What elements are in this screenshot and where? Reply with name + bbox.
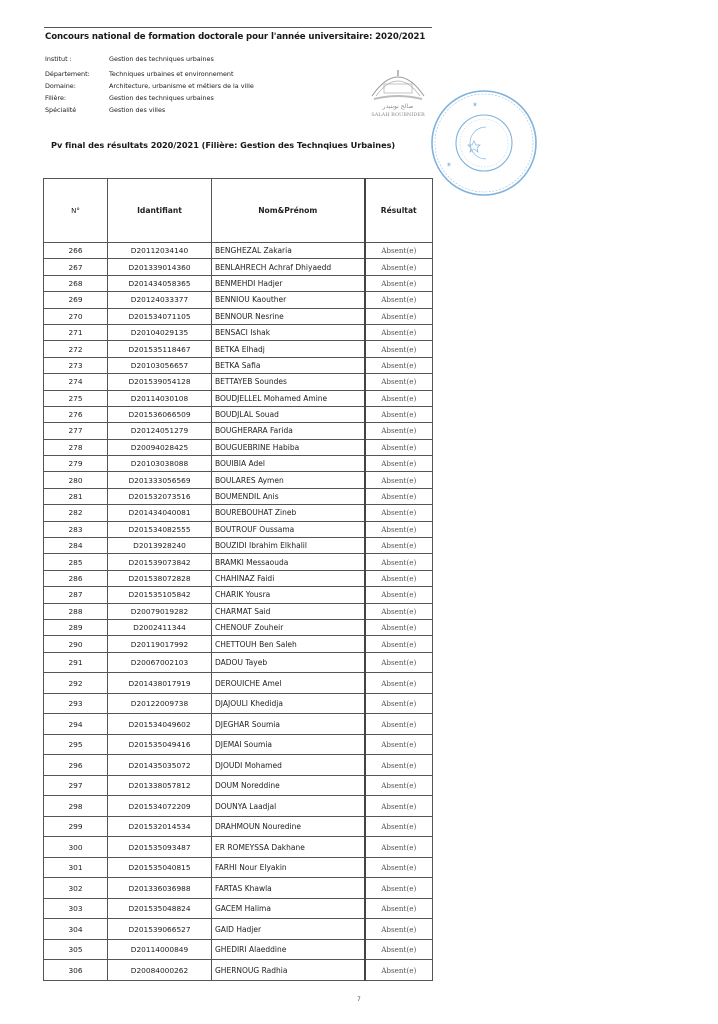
row-identifiant: D201333056569 [108, 472, 212, 488]
row-number: 304 [44, 919, 108, 940]
meta-domaine: Domaine: Architecture, urbanisme et méti… [45, 80, 254, 92]
row-result: Absent(e) [365, 390, 433, 406]
row-result: Absent(e) [365, 775, 433, 796]
row-name: FARHI Nour Elyakin [212, 857, 365, 878]
row-name: BOUZIDI Ibrahim Elkhalil [212, 538, 365, 554]
row-result: Absent(e) [365, 898, 433, 919]
row-result: Absent(e) [365, 521, 433, 537]
row-identifiant: D201534072209 [108, 796, 212, 817]
row-name: BOUTROUF Oussama [212, 521, 365, 537]
row-name: BETKA Elhadj [212, 341, 365, 357]
table-row: 303D201535048824GACEM HalimaAbsent(e) [44, 898, 433, 919]
row-result: Absent(e) [365, 308, 433, 324]
meta-value: Gestion des techniques urbaines [109, 92, 214, 104]
table-row: 299D201532014534DRAHMOUN NouredineAbsent… [44, 816, 433, 837]
table-row: 292D201438017919DEROUICHE AmelAbsent(e) [44, 673, 433, 694]
table-row: 281D201532073516BOUMENDIL AnisAbsent(e) [44, 488, 433, 504]
official-stamp-icon: ✶ ✶ [428, 87, 540, 199]
row-number: 277 [44, 423, 108, 439]
table-row: 274D201539054128BETTAYEB SoundesAbsent(e… [44, 374, 433, 390]
row-identifiant: D201534049602 [108, 714, 212, 735]
row-identifiant: D201535118467 [108, 341, 212, 357]
row-identifiant: D201339014360 [108, 259, 212, 275]
row-result: Absent(e) [365, 878, 433, 899]
row-identifiant: D20124051279 [108, 423, 212, 439]
row-name: GHEDIRI Alaeddine [212, 939, 365, 960]
row-name: CHENOUF Zouheir [212, 619, 365, 635]
row-result: Absent(e) [365, 587, 433, 603]
row-number: 301 [44, 857, 108, 878]
meta-label: Spécialité [45, 104, 109, 116]
row-name: DEROUICHE Amel [212, 673, 365, 694]
row-result: Absent(e) [365, 796, 433, 817]
row-result: Absent(e) [365, 505, 433, 521]
row-identifiant: D2002411344 [108, 619, 212, 635]
row-identifiant: D201535093487 [108, 837, 212, 858]
row-number: 291 [44, 652, 108, 673]
results-table: N° Idantifiant Nom&Prénom Résultat 266D2… [43, 178, 433, 981]
row-number: 280 [44, 472, 108, 488]
row-name: DOUNYA Laadjal [212, 796, 365, 817]
row-name: CHARMAT Said [212, 603, 365, 619]
row-number: 294 [44, 714, 108, 735]
row-identifiant: D201532014534 [108, 816, 212, 837]
row-number: 269 [44, 292, 108, 308]
row-number: 290 [44, 636, 108, 652]
row-number: 285 [44, 554, 108, 570]
row-result: Absent(e) [365, 603, 433, 619]
table-row: 300D201535093487ER ROMEYSSA DakhaneAbsen… [44, 837, 433, 858]
row-number: 286 [44, 570, 108, 586]
row-name: BENMEHDI Hadjer [212, 275, 365, 291]
row-number: 274 [44, 374, 108, 390]
row-identifiant: D201536066509 [108, 406, 212, 422]
row-name: DADOU Tayeb [212, 652, 365, 673]
row-identifiant: D201338057812 [108, 775, 212, 796]
row-result: Absent(e) [365, 857, 433, 878]
row-identifiant: D20094028425 [108, 439, 212, 455]
row-name: BETTAYEB Soundes [212, 374, 365, 390]
meta-label: Département: [45, 68, 109, 80]
row-identifiant: D20084000262 [108, 960, 212, 981]
table-row: 291D20067002103DADOU TayebAbsent(e) [44, 652, 433, 673]
row-result: Absent(e) [365, 673, 433, 694]
row-identifiant: D20079019282 [108, 603, 212, 619]
svg-text:SALAH BOUBNIDER: SALAH BOUBNIDER [371, 112, 425, 118]
table-row: 305D20114000849GHEDIRI AlaeddineAbsent(e… [44, 939, 433, 960]
row-number: 288 [44, 603, 108, 619]
row-identifiant: D20112034140 [108, 243, 212, 259]
row-number: 303 [44, 898, 108, 919]
row-name: ER ROMEYSSA Dakhane [212, 837, 365, 858]
row-identifiant: D201435035072 [108, 755, 212, 776]
row-identifiant: D20114030108 [108, 390, 212, 406]
row-number: 271 [44, 324, 108, 340]
row-name: GAID Hadjer [212, 919, 365, 940]
row-identifiant: D20067002103 [108, 652, 212, 673]
row-number: 268 [44, 275, 108, 291]
row-number: 293 [44, 693, 108, 714]
table-row: 295D201535049416DJEMAI SoumiaAbsent(e) [44, 734, 433, 755]
row-result: Absent(e) [365, 456, 433, 472]
row-name: BENGHEZAL Zakaria [212, 243, 365, 259]
svg-text:✶: ✶ [472, 101, 478, 109]
row-result: Absent(e) [365, 636, 433, 652]
page-number: 7 [357, 996, 361, 1003]
header-rule [44, 27, 432, 28]
row-identifiant: D201434058365 [108, 275, 212, 291]
svg-text:صالح بوبنيدر: صالح بوبنيدر [382, 103, 414, 110]
row-identifiant: D201438017919 [108, 673, 212, 694]
table-row: 302D201336036988FARTAS KhawlaAbsent(e) [44, 878, 433, 899]
table-row: 271D20104029135BENSACI IshakAbsent(e) [44, 324, 433, 340]
university-logo-icon: صالح بوبنيدر SALAH BOUBNIDER [366, 62, 430, 118]
row-result: Absent(e) [365, 554, 433, 570]
row-result: Absent(e) [365, 837, 433, 858]
row-number: 270 [44, 308, 108, 324]
row-result: Absent(e) [365, 652, 433, 673]
row-number: 273 [44, 357, 108, 373]
row-result: Absent(e) [365, 919, 433, 940]
meta-value: Gestion des villes [109, 104, 165, 116]
row-number: 296 [44, 755, 108, 776]
row-name: BENNIOU Kaouther [212, 292, 365, 308]
row-identifiant: D20103056657 [108, 357, 212, 373]
row-result: Absent(e) [365, 755, 433, 776]
row-identifiant: D20103038088 [108, 456, 212, 472]
results-subtitle: Pv final des résultats 2020/2021 (Filièr… [51, 140, 395, 150]
table-row: 286D201538072828CHAHINAZ FaidiAbsent(e) [44, 570, 433, 586]
meta-label: Institut : [45, 53, 109, 65]
row-name: BOULARES Aymen [212, 472, 365, 488]
row-result: Absent(e) [365, 619, 433, 635]
meta-specialite: Spécialité Gestion des villes [45, 104, 254, 116]
table-row: 276D201536066509BOUDJLAL SouadAbsent(e) [44, 406, 433, 422]
row-identifiant: D20119017992 [108, 636, 212, 652]
row-result: Absent(e) [365, 406, 433, 422]
row-identifiant: D2013928240 [108, 538, 212, 554]
row-identifiant: D20114000849 [108, 939, 212, 960]
row-result: Absent(e) [365, 939, 433, 960]
row-number: 300 [44, 837, 108, 858]
table-row: 272D201535118467BETKA ElhadjAbsent(e) [44, 341, 433, 357]
row-name: BOUIBIA Adel [212, 456, 365, 472]
table-row: 296D201435035072DJOUDI MohamedAbsent(e) [44, 755, 433, 776]
row-identifiant: D201539054128 [108, 374, 212, 390]
row-identifiant: D201539066527 [108, 919, 212, 940]
row-identifiant: D201434040081 [108, 505, 212, 521]
table-row: 268D201434058365BENMEHDI HadjerAbsent(e) [44, 275, 433, 291]
row-number: 279 [44, 456, 108, 472]
document-title: Concours national de formation doctorale… [45, 32, 425, 42]
table-row: 275D20114030108BOUDJELLEL Mohamed AmineA… [44, 390, 433, 406]
row-identifiant: D20122009738 [108, 693, 212, 714]
row-name: CHARIK Yousra [212, 587, 365, 603]
row-number: 289 [44, 619, 108, 635]
row-result: Absent(e) [365, 488, 433, 504]
meta-value: Gestion des techniques urbaines [109, 53, 214, 65]
table-row: 293D20122009738DJAJOULI KhedidjaAbsent(e… [44, 693, 433, 714]
row-result: Absent(e) [365, 292, 433, 308]
column-header-name: Nom&Prénom [212, 179, 365, 243]
row-result: Absent(e) [365, 243, 433, 259]
row-number: 284 [44, 538, 108, 554]
table-row: 269D20124033377BENNIOU KaoutherAbsent(e) [44, 292, 433, 308]
row-name: BRAMKI Messaouda [212, 554, 365, 570]
table-row: 297D201338057812DOUM NoreddineAbsent(e) [44, 775, 433, 796]
row-result: Absent(e) [365, 357, 433, 373]
row-number: 281 [44, 488, 108, 504]
row-number: 298 [44, 796, 108, 817]
table-header-row: N° Idantifiant Nom&Prénom Résultat [44, 179, 433, 243]
row-number: 292 [44, 673, 108, 694]
table-row: 283D201534082555BOUTROUF OussamaAbsent(e… [44, 521, 433, 537]
row-name: DJEGHAR Soumia [212, 714, 365, 735]
meta-filiere: Filière: Gestion des techniques urbaines [45, 92, 254, 104]
row-name: BENLAHRECH Achraf Dhiyaedd [212, 259, 365, 275]
table-row: 282D201434040081BOUREBOUHAT ZinebAbsent(… [44, 505, 433, 521]
row-number: 267 [44, 259, 108, 275]
row-result: Absent(e) [365, 439, 433, 455]
row-result: Absent(e) [365, 374, 433, 390]
row-name: BOUDJLAL Souad [212, 406, 365, 422]
row-result: Absent(e) [365, 734, 433, 755]
row-result: Absent(e) [365, 960, 433, 981]
meta-value: Architecture, urbanisme et métiers de la… [109, 80, 254, 92]
table-row: 273D20103056657BETKA SafiaAbsent(e) [44, 357, 433, 373]
table-row: 287D201535105842CHARIK YousraAbsent(e) [44, 587, 433, 603]
row-name: BENNOUR Nesrine [212, 308, 365, 324]
table-row: 285D201539073842BRAMKI MessaoudaAbsent(e… [44, 554, 433, 570]
row-name: DOUM Noreddine [212, 775, 365, 796]
table-row: 288D20079019282CHARMAT SaidAbsent(e) [44, 603, 433, 619]
row-identifiant: D201535049416 [108, 734, 212, 755]
table-row: 284D2013928240BOUZIDI Ibrahim ElkhalilAb… [44, 538, 433, 554]
column-header-identifiant: Idantifiant [108, 179, 212, 243]
table-row: 301D201535040815FARHI Nour ElyakinAbsent… [44, 857, 433, 878]
row-number: 282 [44, 505, 108, 521]
meta-institut: Institut : Gestion des techniques urbain… [45, 53, 254, 65]
row-identifiant: D201535040815 [108, 857, 212, 878]
results-body: 266D20112034140BENGHEZAL ZakariaAbsent(e… [44, 243, 433, 981]
row-result: Absent(e) [365, 341, 433, 357]
row-name: BOUGHERARA Farida [212, 423, 365, 439]
row-name: BOUDJELLEL Mohamed Amine [212, 390, 365, 406]
row-identifiant: D20104029135 [108, 324, 212, 340]
row-number: 276 [44, 406, 108, 422]
row-name: FARTAS Khawla [212, 878, 365, 899]
row-identifiant: D201532073516 [108, 488, 212, 504]
table-row: 304D201539066527GAID HadjerAbsent(e) [44, 919, 433, 940]
row-number: 278 [44, 439, 108, 455]
table-row: 279D20103038088BOUIBIA AdelAbsent(e) [44, 456, 433, 472]
table-row: 270D201534071105BENNOUR NesrineAbsent(e) [44, 308, 433, 324]
table-row: 298D201534072209DOUNYA LaadjalAbsent(e) [44, 796, 433, 817]
row-name: DJEMAI Soumia [212, 734, 365, 755]
row-result: Absent(e) [365, 570, 433, 586]
table-row: 278D20094028425BOUGUEBRINE HabibaAbsent(… [44, 439, 433, 455]
row-number: 266 [44, 243, 108, 259]
row-number: 297 [44, 775, 108, 796]
row-identifiant: D201336036988 [108, 878, 212, 899]
table-row: 280D201333056569BOULARES AymenAbsent(e) [44, 472, 433, 488]
row-name: CHAHINAZ Faidi [212, 570, 365, 586]
row-identifiant: D201538072828 [108, 570, 212, 586]
row-number: 302 [44, 878, 108, 899]
metadata-block: Institut : Gestion des techniques urbain… [45, 53, 254, 116]
row-result: Absent(e) [365, 816, 433, 837]
meta-label: Filière: [45, 92, 109, 104]
row-number: 306 [44, 960, 108, 981]
row-name: GHERNOUG Radhia [212, 960, 365, 981]
row-identifiant: D201539073842 [108, 554, 212, 570]
row-name: BOUGUEBRINE Habiba [212, 439, 365, 455]
row-number: 283 [44, 521, 108, 537]
row-result: Absent(e) [365, 693, 433, 714]
column-header-result: Résultat [365, 179, 433, 243]
row-number: 287 [44, 587, 108, 603]
row-result: Absent(e) [365, 259, 433, 275]
row-name: BOUREBOUHAT Zineb [212, 505, 365, 521]
row-identifiant: D201534071105 [108, 308, 212, 324]
svg-text:✶: ✶ [446, 161, 452, 169]
row-number: 275 [44, 390, 108, 406]
row-number: 295 [44, 734, 108, 755]
table-row: 267D201339014360BENLAHRECH Achraf Dhiyae… [44, 259, 433, 275]
table-row: 290D20119017992CHETTOUH Ben SalehAbsent(… [44, 636, 433, 652]
row-name: CHETTOUH Ben Saleh [212, 636, 365, 652]
column-header-number: N° [44, 179, 108, 243]
table-row: 294D201534049602DJEGHAR SoumiaAbsent(e) [44, 714, 433, 735]
table-row: 277D20124051279BOUGHERARA FaridaAbsent(e… [44, 423, 433, 439]
row-name: BETKA Safia [212, 357, 365, 373]
meta-label: Domaine: [45, 80, 109, 92]
row-result: Absent(e) [365, 472, 433, 488]
row-number: 305 [44, 939, 108, 960]
table-row: 289D2002411344CHENOUF ZouheirAbsent(e) [44, 619, 433, 635]
row-number: 299 [44, 816, 108, 837]
row-name: GACEM Halima [212, 898, 365, 919]
row-identifiant: D20124033377 [108, 292, 212, 308]
row-result: Absent(e) [365, 538, 433, 554]
row-name: BENSACI Ishak [212, 324, 365, 340]
row-number: 272 [44, 341, 108, 357]
row-result: Absent(e) [365, 423, 433, 439]
table-row: 306D20084000262GHERNOUG RadhiaAbsent(e) [44, 960, 433, 981]
row-result: Absent(e) [365, 275, 433, 291]
row-name: DJOUDI Mohamed [212, 755, 365, 776]
row-identifiant: D201534082555 [108, 521, 212, 537]
row-name: DJAJOULI Khedidja [212, 693, 365, 714]
row-name: BOUMENDIL Anis [212, 488, 365, 504]
row-identifiant: D201535048824 [108, 898, 212, 919]
row-name: DRAHMOUN Nouredine [212, 816, 365, 837]
meta-departement: Département: Techniques urbaines et envi… [45, 68, 254, 80]
row-result: Absent(e) [365, 714, 433, 735]
row-result: Absent(e) [365, 324, 433, 340]
row-identifiant: D201535105842 [108, 587, 212, 603]
meta-value: Techniques urbaines et environnement [109, 68, 233, 80]
table-row: 266D20112034140BENGHEZAL ZakariaAbsent(e… [44, 243, 433, 259]
